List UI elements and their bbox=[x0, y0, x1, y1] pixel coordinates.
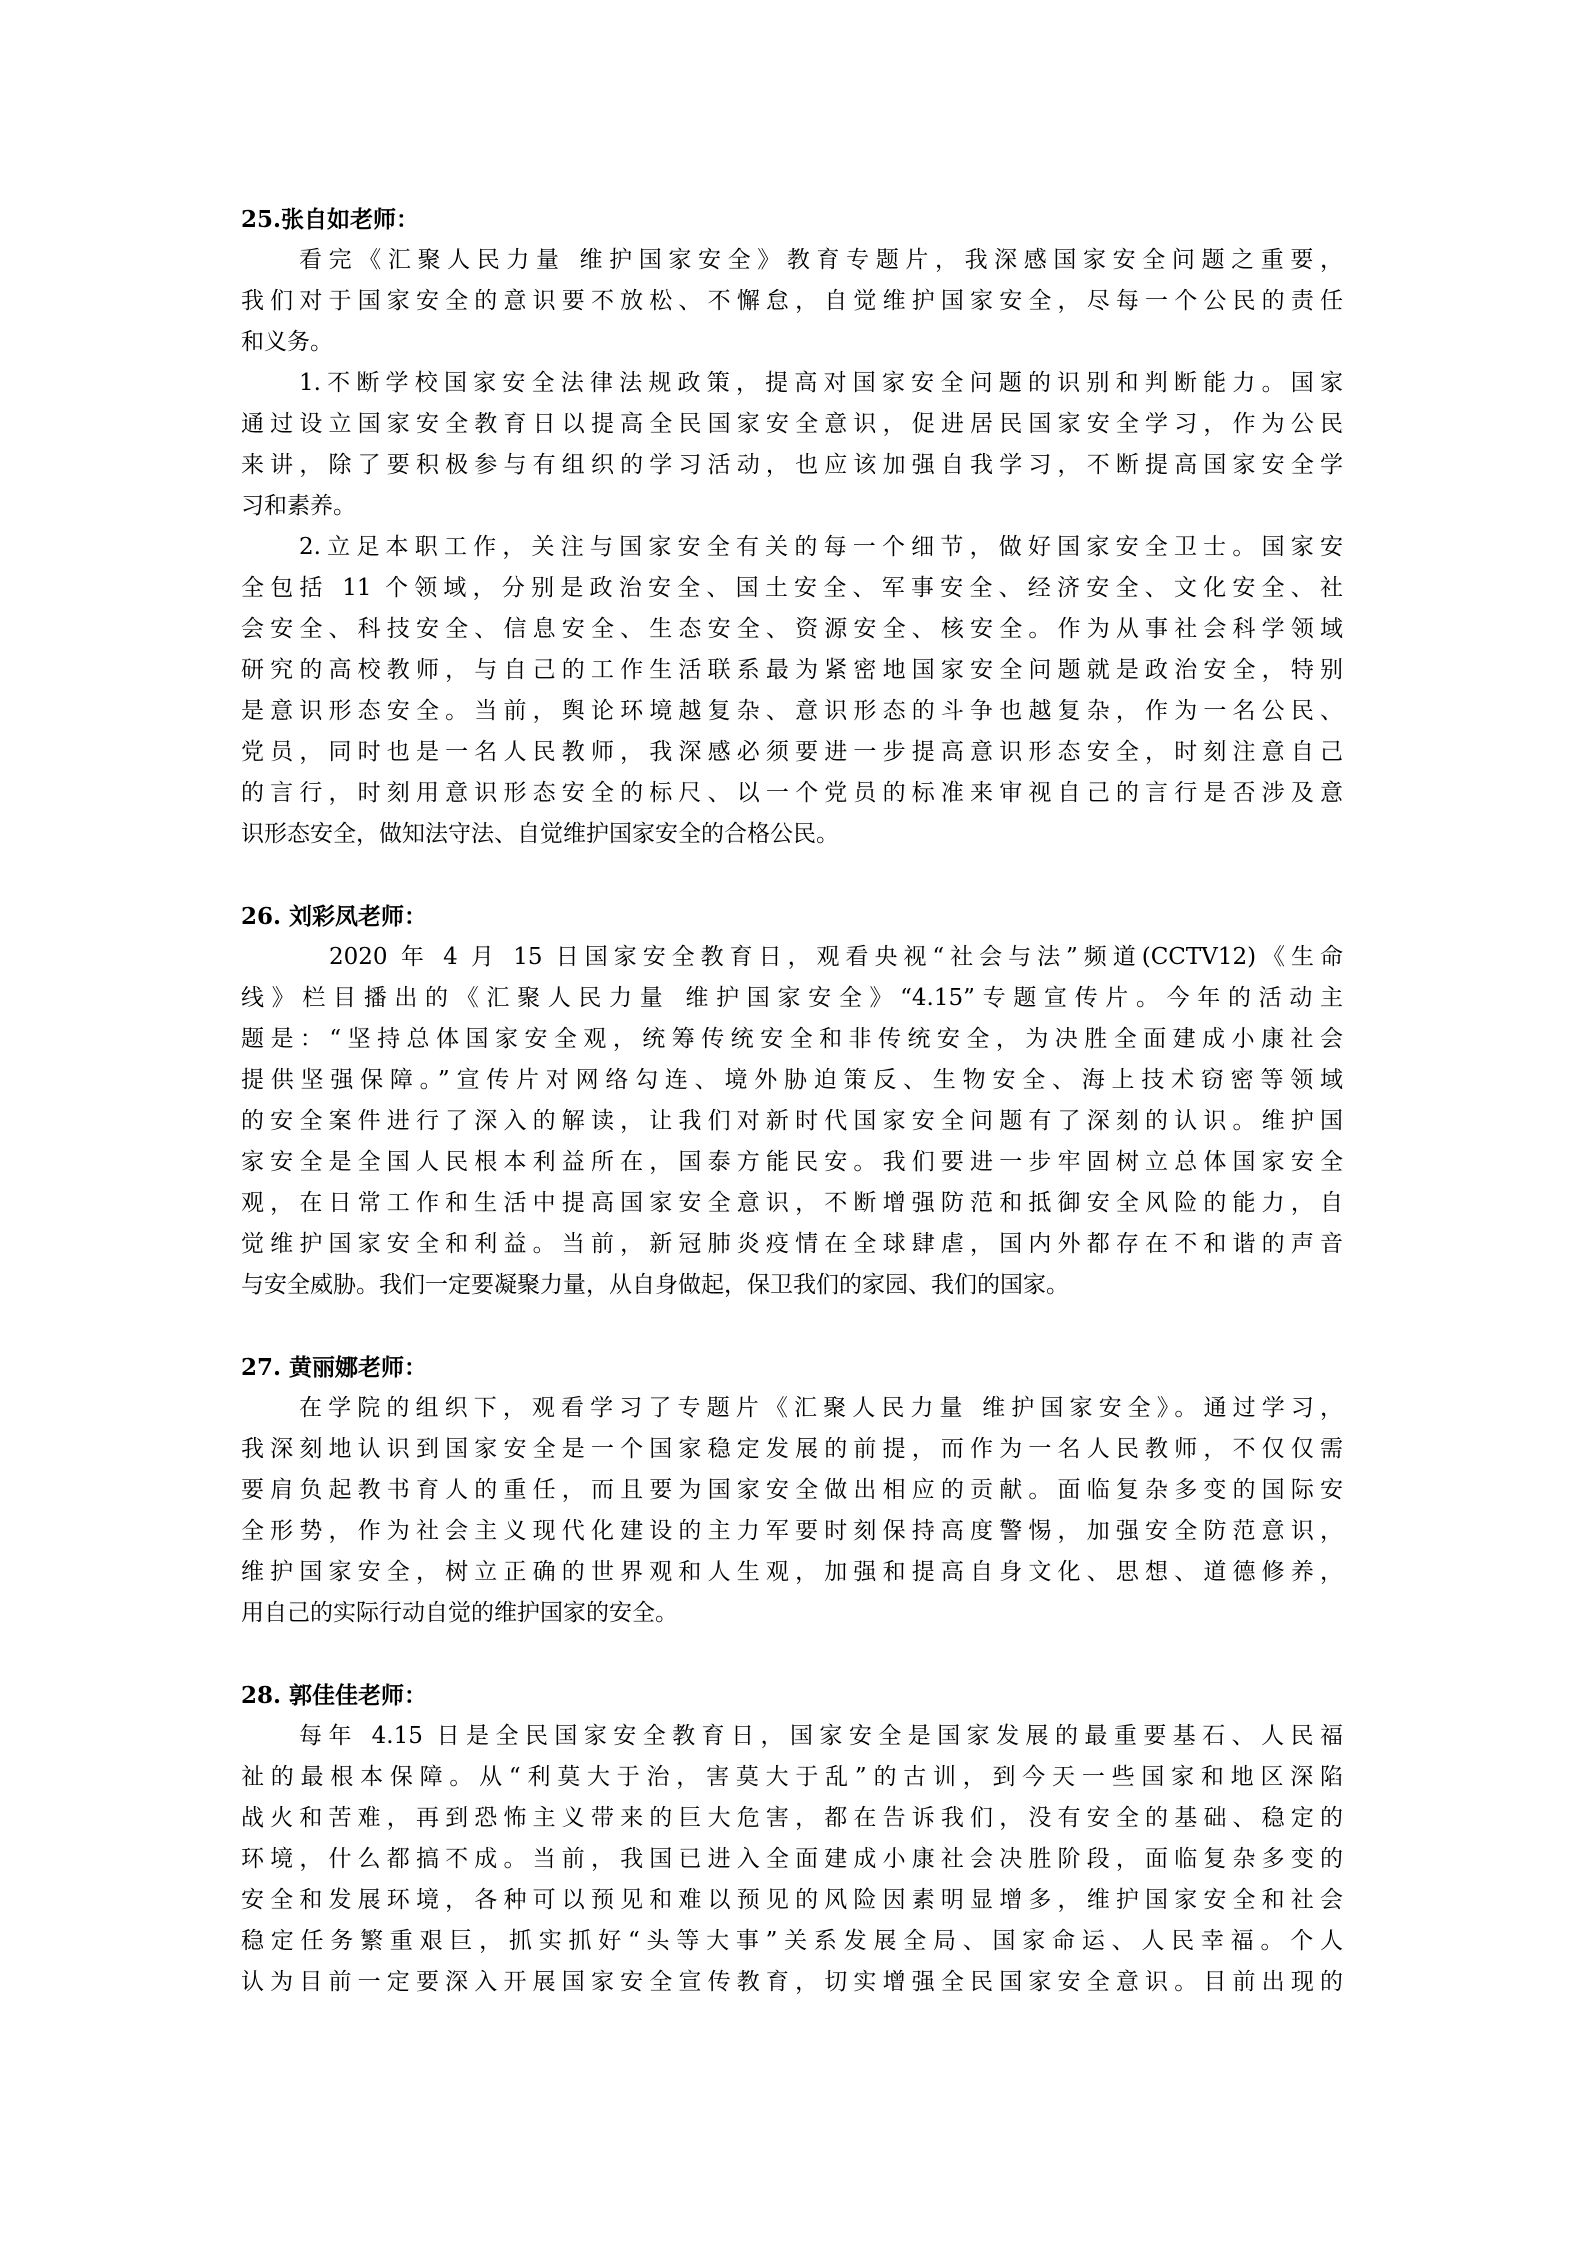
text-line: 习和素养。 bbox=[241, 486, 1343, 527]
text-line: 我们对于国家安全的意识要不放松、不懈怠，自觉维护国家安全，尽每一个公民的责任 bbox=[241, 281, 1343, 322]
paragraph: 2020 年 4 月 15 日国家安全教育日，观看央视“社会与法”频道(CCTV… bbox=[241, 937, 1343, 1306]
text-line: 研究的高校教师，与自己的工作生活联系最为紧密地国家安全问题就是政治安全，特别 bbox=[241, 650, 1343, 691]
text-line: 题是：“坚持总体国家安全观，统筹传统安全和非传统安全，为决胜全面建成小康社会 bbox=[241, 1019, 1343, 1060]
section-heading: 28. 郭佳佳老师： bbox=[241, 1675, 1343, 1716]
paragraph: 看完《汇聚人民力量 维护国家安全》教育专题片，我深感国家安全问题之重要， 我们对… bbox=[241, 240, 1343, 363]
text-line: 我深刻地认识到国家安全是一个国家稳定发展的前提，而作为一名人民教师，不仅仅需 bbox=[241, 1429, 1343, 1470]
text-line: 会安全、科技安全、信息安全、生态安全、资源安全、核安全。作为从事社会科学领域 bbox=[241, 609, 1343, 650]
text-line: 战火和苦难，再到恐怖主义带来的巨大危害，都在告诉我们，没有安全的基础、稳定的 bbox=[241, 1798, 1343, 1839]
text-line: 1.不断学校国家安全法律法规政策，提高对国家安全问题的识别和判断能力。国家 bbox=[241, 363, 1343, 404]
text-line: 全包括 11 个领域，分别是政治安全、国土安全、军事安全、经济安全、文化安全、社 bbox=[241, 568, 1343, 609]
section-28: 28. 郭佳佳老师： 每年 4.15 日是全民国家安全教育日，国家安全是国家发展… bbox=[241, 1675, 1343, 2003]
text-line: 每年 4.15 日是全民国家安全教育日，国家安全是国家发展的最重要基石、人民福 bbox=[241, 1716, 1343, 1757]
text-line: 安全和发展环境，各种可以预见和难以预见的风险因素明显增多，维护国家安全和社会 bbox=[241, 1880, 1343, 1921]
text-line: 觉维护国家安全和利益。当前，新冠肺炎疫情在全球肆虐，国内外都存在不和谐的声音 bbox=[241, 1224, 1343, 1265]
text-line: 稳定任务繁重艰巨，抓实抓好“头等大事”关系发展全局、国家命运、人民幸福。个人 bbox=[241, 1921, 1343, 1962]
paragraph: 2.立足本职工作，关注与国家安全有关的每一个细节，做好国家安全卫士。国家安 全包… bbox=[241, 527, 1343, 855]
section-heading: 25.张自如老师： bbox=[241, 199, 1343, 240]
text-line: 要肩负起教书育人的重任，而且要为国家安全做出相应的贡献。面临复杂多变的国际安 bbox=[241, 1470, 1343, 1511]
text-line: 党员，同时也是一名人民教师，我深感必须要进一步提高意识形态安全，时刻注意自己 bbox=[241, 732, 1343, 773]
paragraph: 在学院的组织下，观看学习了专题片《汇聚人民力量 维护国家安全》。通过学习， 我深… bbox=[241, 1388, 1343, 1634]
text-line: 用自己的实际行动自觉的维护国家的安全。 bbox=[241, 1593, 1343, 1634]
text-line: 认为目前一定要深入开展国家安全宣传教育，切实增强全民国家安全意识。目前出现的 bbox=[241, 1962, 1343, 2003]
paragraph: 1.不断学校国家安全法律法规政策，提高对国家安全问题的识别和判断能力。国家 通过… bbox=[241, 363, 1343, 527]
document-page: 25.张自如老师： 看完《汇聚人民力量 维护国家安全》教育专题片，我深感国家安全… bbox=[241, 199, 1343, 2044]
text-line: 和义务。 bbox=[241, 322, 1343, 363]
section-26: 26. 刘彩凤老师： 2020 年 4 月 15 日国家安全教育日，观看央视“社… bbox=[241, 896, 1343, 1306]
text-line: 2020 年 4 月 15 日国家安全教育日，观看央视“社会与法”频道(CCTV… bbox=[241, 937, 1343, 978]
text-line: 识形态安全，做知法守法、自觉维护国家安全的合格公民。 bbox=[241, 814, 1343, 855]
section-25: 25.张自如老师： 看完《汇聚人民力量 维护国家安全》教育专题片，我深感国家安全… bbox=[241, 199, 1343, 855]
text-line: 是意识形态安全。当前，舆论环境越复杂、意识形态的斗争也越复杂，作为一名公民、 bbox=[241, 691, 1343, 732]
text-line: 线》栏目播出的《汇聚人民力量 维护国家安全》“4.15”专题宣传片。今年的活动主 bbox=[241, 978, 1343, 1019]
text-line: 来讲，除了要积极参与有组织的学习活动，也应该加强自我学习，不断提高国家安全学 bbox=[241, 445, 1343, 486]
text-line: 全形势，作为社会主义现代化建设的主力军要时刻保持高度警惕，加强安全防范意识， bbox=[241, 1511, 1343, 1552]
text-line: 祉的最根本保障。从“利莫大于治，害莫大于乱”的古训，到今天一些国家和地区深陷 bbox=[241, 1757, 1343, 1798]
text-line: 的言行，时刻用意识形态安全的标尺、以一个党员的标准来审视自己的言行是否涉及意 bbox=[241, 773, 1343, 814]
text-line: 维护国家安全，树立正确的世界观和人生观，加强和提高自身文化、思想、道德修养， bbox=[241, 1552, 1343, 1593]
text-line: 观，在日常工作和生活中提高国家安全意识，不断增强防范和抵御安全风险的能力，自 bbox=[241, 1183, 1343, 1224]
text-line: 的安全案件进行了深入的解读，让我们对新时代国家安全问题有了深刻的认识。维护国 bbox=[241, 1101, 1343, 1142]
text-line: 与安全威胁。我们一定要凝聚力量，从自身做起，保卫我们的家园、我们的国家。 bbox=[241, 1265, 1343, 1306]
text-line: 提供坚强保障。”宣传片对网络勾连、境外胁迫策反、生物安全、海上技术窃密等领域 bbox=[241, 1060, 1343, 1101]
section-heading: 26. 刘彩凤老师： bbox=[241, 896, 1343, 937]
text-line: 在学院的组织下，观看学习了专题片《汇聚人民力量 维护国家安全》。通过学习， bbox=[241, 1388, 1343, 1429]
paragraph: 每年 4.15 日是全民国家安全教育日，国家安全是国家发展的最重要基石、人民福 … bbox=[241, 1716, 1343, 2003]
text-line: 家安全是全国人民根本利益所在，国泰方能民安。我们要进一步牢固树立总体国家安全 bbox=[241, 1142, 1343, 1183]
section-heading: 27. 黄丽娜老师： bbox=[241, 1347, 1343, 1388]
text-line: 环境，什么都搞不成。当前，我国已进入全面建成小康社会决胜阶段，面临复杂多变的 bbox=[241, 1839, 1343, 1880]
text-line: 通过设立国家安全教育日以提高全民国家安全意识，促进居民国家安全学习，作为公民 bbox=[241, 404, 1343, 445]
section-27: 27. 黄丽娜老师： 在学院的组织下，观看学习了专题片《汇聚人民力量 维护国家安… bbox=[241, 1347, 1343, 1634]
text-line: 看完《汇聚人民力量 维护国家安全》教育专题片，我深感国家安全问题之重要， bbox=[241, 240, 1343, 281]
text-line: 2.立足本职工作，关注与国家安全有关的每一个细节，做好国家安全卫士。国家安 bbox=[241, 527, 1343, 568]
